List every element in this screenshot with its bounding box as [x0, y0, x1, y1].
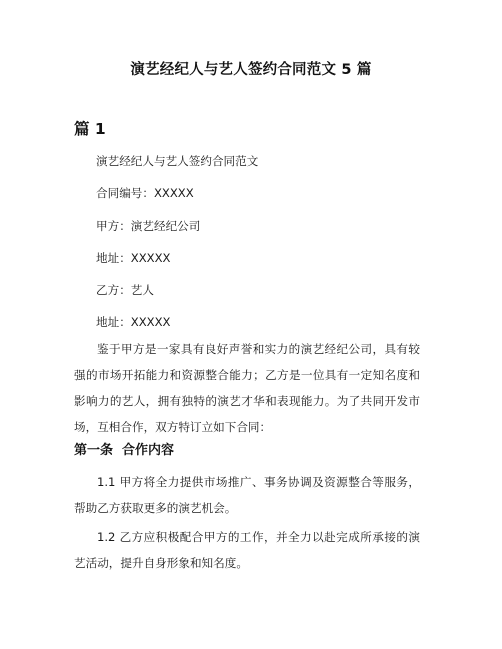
- contract-name-line: 演艺经纪人与艺人签约合同范文: [96, 153, 258, 169]
- preamble-paragraph: 鉴于甲方是一家具有良好声誉和实力的演艺经纪公司，具有较强的市场开拓能力和资源整合…: [74, 336, 420, 440]
- part-heading: 篇 1: [74, 119, 106, 139]
- document-page: 演艺经纪人与艺人签约合同范文 5 篇 篇 1 演艺经纪人与艺人签约合同范文 合同…: [0, 0, 502, 649]
- contract-number-line: 合同编号：XXXXX: [96, 185, 194, 201]
- document-title: 演艺经纪人与艺人签约合同范文 5 篇: [0, 60, 502, 80]
- section-heading: 第一条 合作内容: [74, 442, 174, 460]
- party-b-line: 乙方：艺人: [96, 282, 154, 298]
- party-a-line: 甲方：演艺经纪公司: [96, 218, 200, 234]
- clause-1-1: 1.1 甲方将全力提供市场推广、事务协调及资源整合等服务，帮助乙方获取更多的演艺…: [74, 469, 420, 521]
- party-a-address-line: 地址：XXXXX: [96, 250, 171, 266]
- party-b-address-line: 地址：XXXXX: [96, 314, 171, 330]
- clause-1-2: 1.2 乙方应积极配合甲方的工作，并全力以赴完成所承接的演艺活动，提升自身形象和…: [74, 524, 420, 576]
